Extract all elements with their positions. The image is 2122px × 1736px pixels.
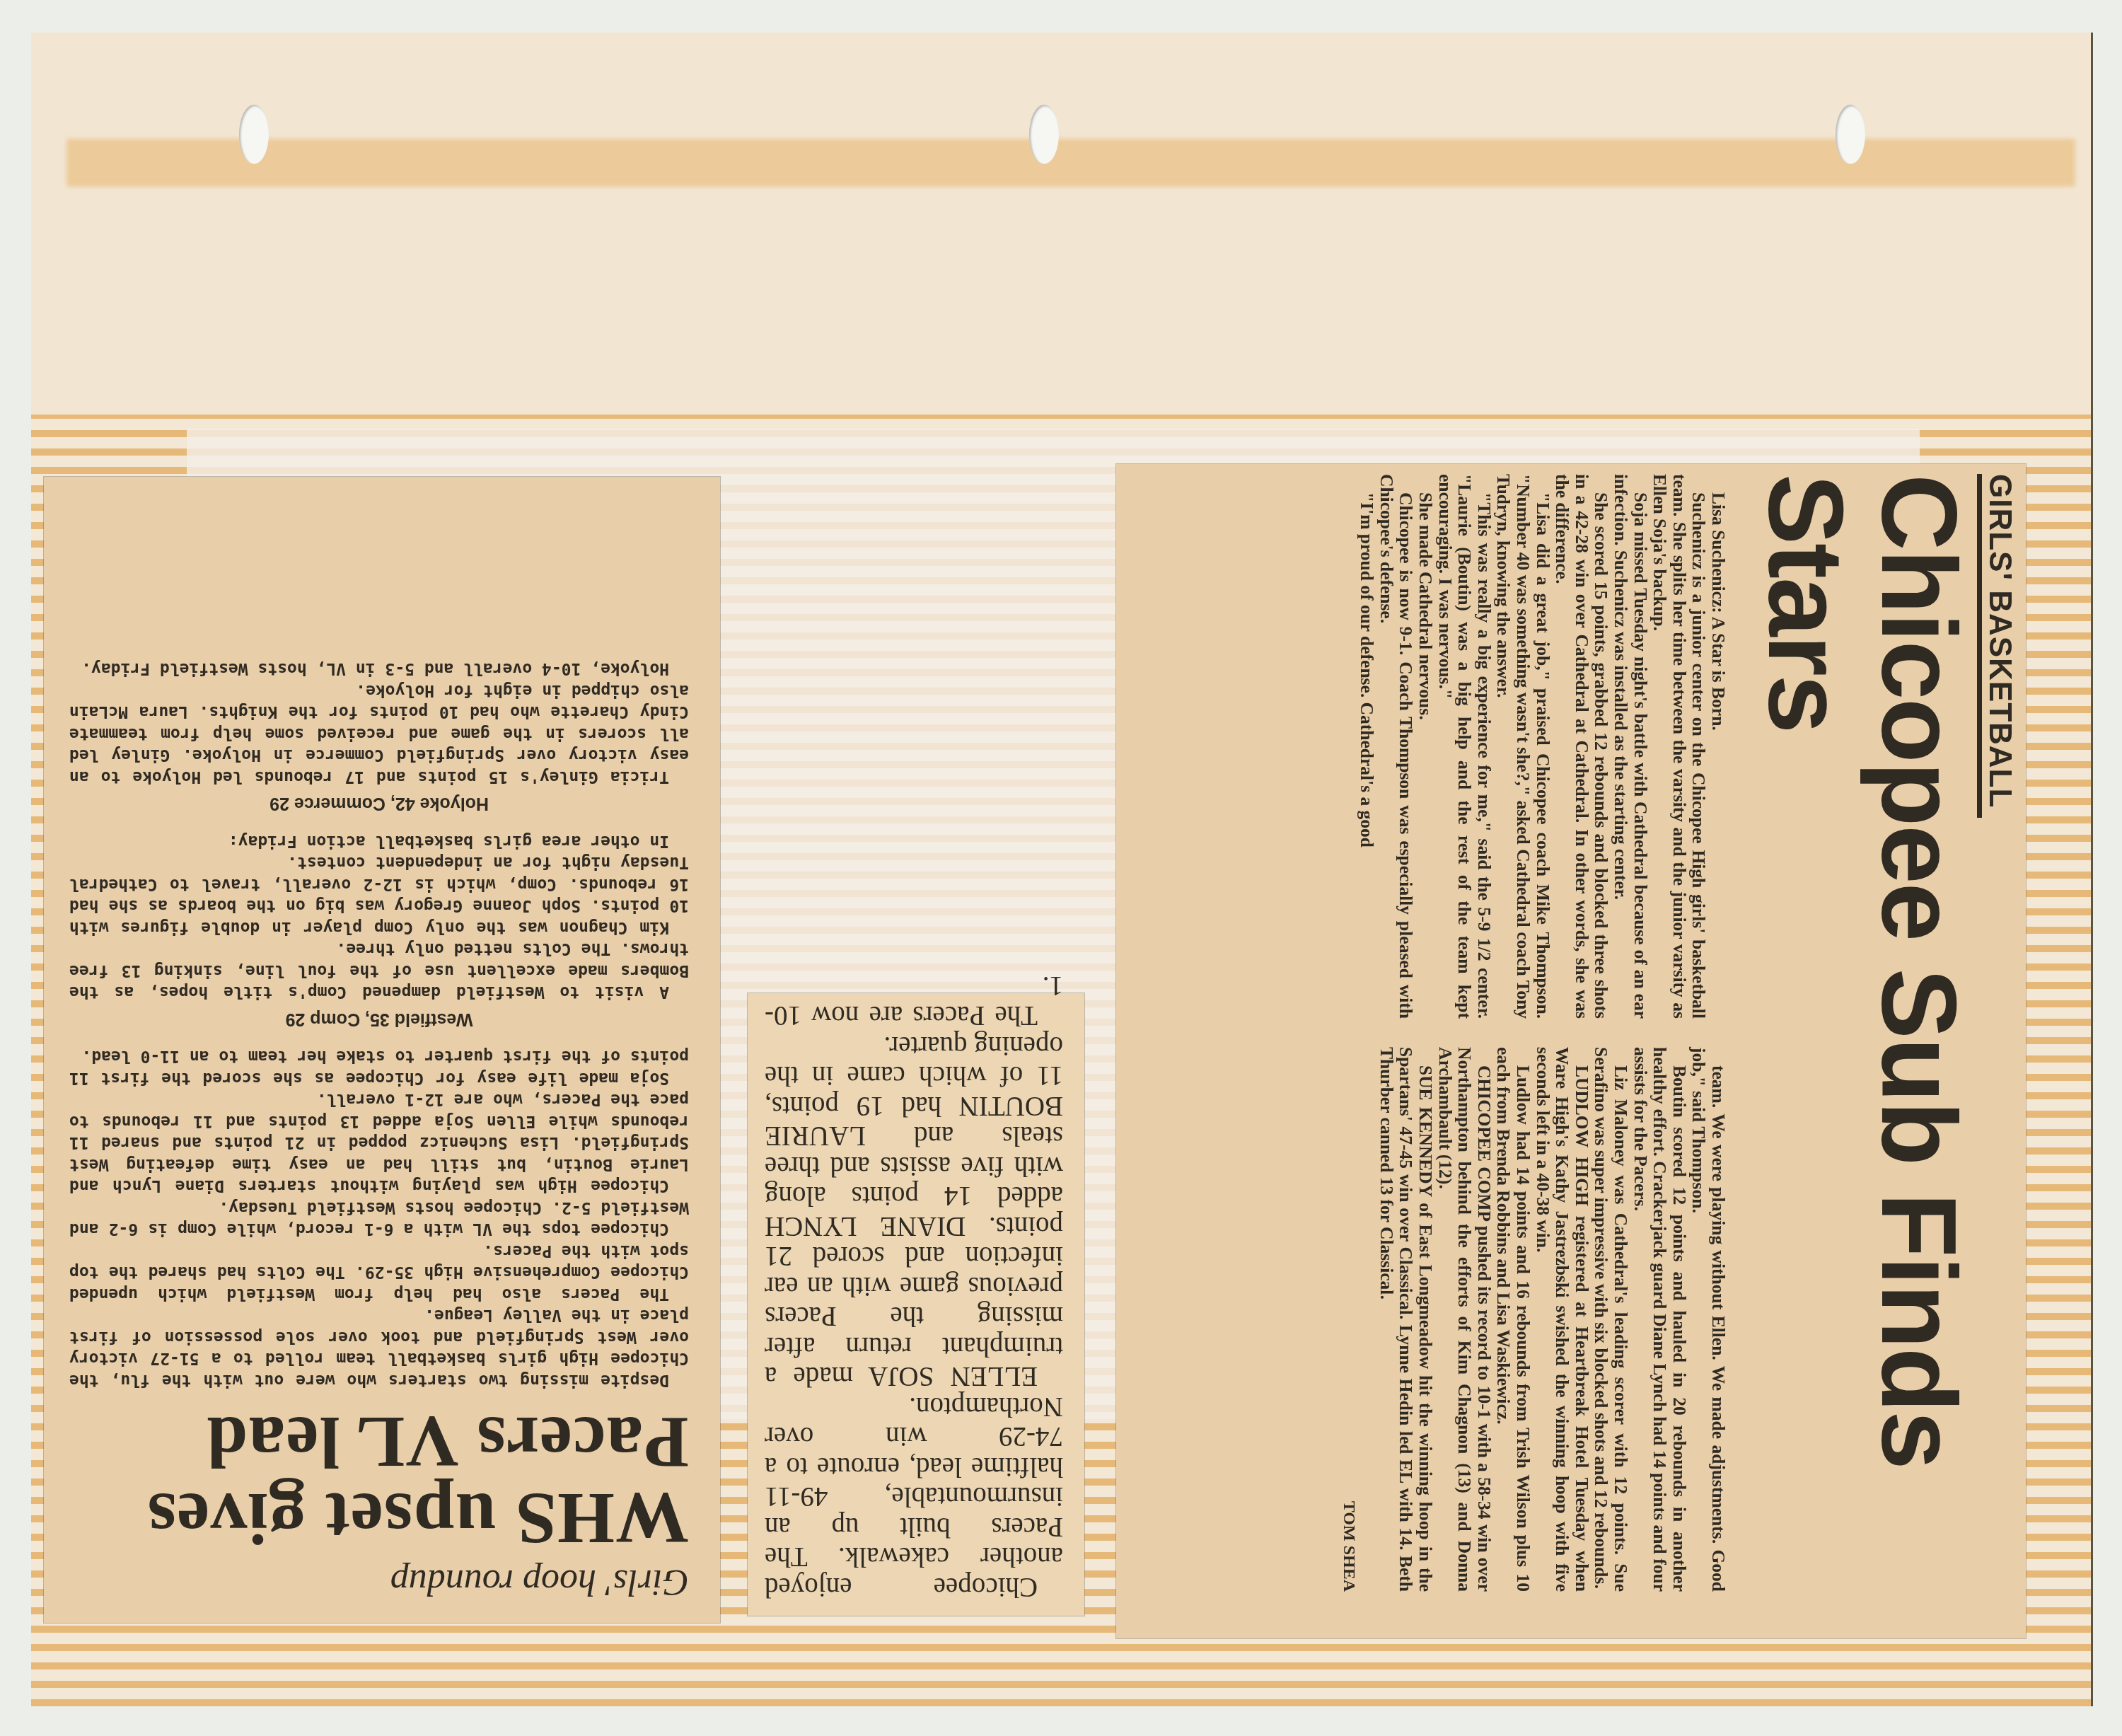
paragraph: Chicopee enjoyed another cakewalk. The P… <box>765 1391 1063 1602</box>
article-body: Chicopee enjoyed another cakewalk. The P… <box>765 971 1063 1602</box>
paragraph: "Lisa did a great job," praised Chicopee… <box>1494 474 1553 1019</box>
paragraph: The Pacers are now 10-1. <box>765 971 1063 1031</box>
paragraph: team. We were playing without Ellen. We … <box>1689 1047 1728 1592</box>
paragraph: Soja missed Tuesday night's battle with … <box>1611 474 1650 1019</box>
paragraph: LUDLOW HIGH registered at Heartbreak Hot… <box>1533 1047 1591 1592</box>
paragraph: Soja made life easy for Chicopee as she … <box>69 1046 689 1089</box>
headline-line-2: Pacers VL lead <box>69 1404 689 1480</box>
paragraph: Lisa Suchenicz: A Star is Born. <box>1708 474 1728 1019</box>
paragraph: Ludlow had 14 points and 16 rebounds fro… <box>1494 1047 1533 1592</box>
paragraph: "This was really a big experience for me… <box>1435 474 1494 1019</box>
headline: WHS upset gives Pacers VL lead <box>69 1404 689 1556</box>
paragraph: Liz Maloney was Cathedral's leading scor… <box>1591 1047 1630 1592</box>
binder-hole-icon <box>1836 105 1865 164</box>
article-body: Despite missing two starters who were ou… <box>69 658 689 1391</box>
paragraph: A visit to Westfield dampened Comp's tit… <box>69 938 689 1003</box>
clipping-chicopee-sub-finds-stars: GIRLS' BASKETBALL Chicopee Sub Finds Sta… <box>1116 464 2026 1638</box>
paragraph: "I'm proud of our defense. Cathedral's a… <box>1357 474 1377 1019</box>
article-columns: Lisa Suchenicz: A Star is Born. Suchenic… <box>1339 474 1728 1617</box>
adhesive-stain-band <box>66 139 2075 187</box>
paragraph: Kim Chagnon was the only Comp player in … <box>69 852 689 938</box>
paragraph: Despite missing two starters who were ou… <box>69 1304 689 1391</box>
paragraph: The Pacers also had help from Westfield … <box>69 1240 689 1305</box>
rotated-content: Girls' hoop roundup WHS upset gives Pace… <box>44 477 720 1623</box>
paragraph: She made Cathedral nervous. <box>1416 474 1436 1019</box>
paragraph: She scored 15 points, grabbed 12 rebound… <box>1553 474 1611 1019</box>
rotated-content: Chicopee enjoyed another cakewalk. The P… <box>748 993 1084 1616</box>
paragraph: Suchenicz is a junior center on the Chic… <box>1650 474 1709 1019</box>
paragraph: Chicopee tops the VL with a 6-1 record, … <box>69 1197 689 1240</box>
paragraph: Chicopee is now 9-1. Coach Thompson was … <box>1376 474 1415 1019</box>
paragraph: Chicopee High was playing without starte… <box>69 1089 689 1197</box>
paragraph: In other area girls basketball action Fr… <box>69 831 689 852</box>
rotated-content: GIRLS' BASKETBALL Chicopee Sub Finds Sta… <box>1116 464 2026 1638</box>
headline-line-1: WHS upset gives <box>69 1480 689 1556</box>
paragraph: Boutin scored 12 points and hauled in 20… <box>1630 1047 1689 1592</box>
headline: Chicopee Sub Finds Stars <box>1749 474 1976 1617</box>
paragraph: Tricia Ginley's 15 points and 17 rebound… <box>69 680 689 788</box>
binder-hole-icon <box>1029 105 1059 164</box>
section-label: GIRLS' BASKETBALL <box>1977 474 2017 818</box>
paragraph: Holyoke, 10-4 overall and 5-3 in VL, hos… <box>69 658 689 680</box>
clipping-chicopee-cakewalk: Chicopee enjoyed another cakewalk. The P… <box>748 993 1084 1616</box>
kicker: Girls' hoop roundup <box>69 1561 689 1603</box>
subhead-westfield: Westfield 35, Comp 29 <box>69 1009 689 1031</box>
binder-hole-icon <box>239 105 269 164</box>
clipping-girls-hoop-roundup: Girls' hoop roundup WHS upset gives Pace… <box>44 477 720 1623</box>
byline: TOM SHEA <box>1339 1047 1359 1592</box>
page-top-margin <box>31 33 2091 415</box>
column-2: team. We were playing without Ellen. We … <box>1339 1047 1728 1592</box>
paragraph: SUE KENNEDY of East Longmeadow hit the w… <box>1376 1047 1435 1592</box>
subhead-holyoke: Holyoke 42, Commerce 29 <box>69 793 689 815</box>
column-1: Lisa Suchenicz: A Star is Born. Suchenic… <box>1339 474 1728 1019</box>
paragraph: CHICOPEE COMP pushed its record to 10-1 … <box>1435 1047 1494 1592</box>
paragraph: ELLEN SOJA made a truimphant return afte… <box>765 1031 1063 1391</box>
